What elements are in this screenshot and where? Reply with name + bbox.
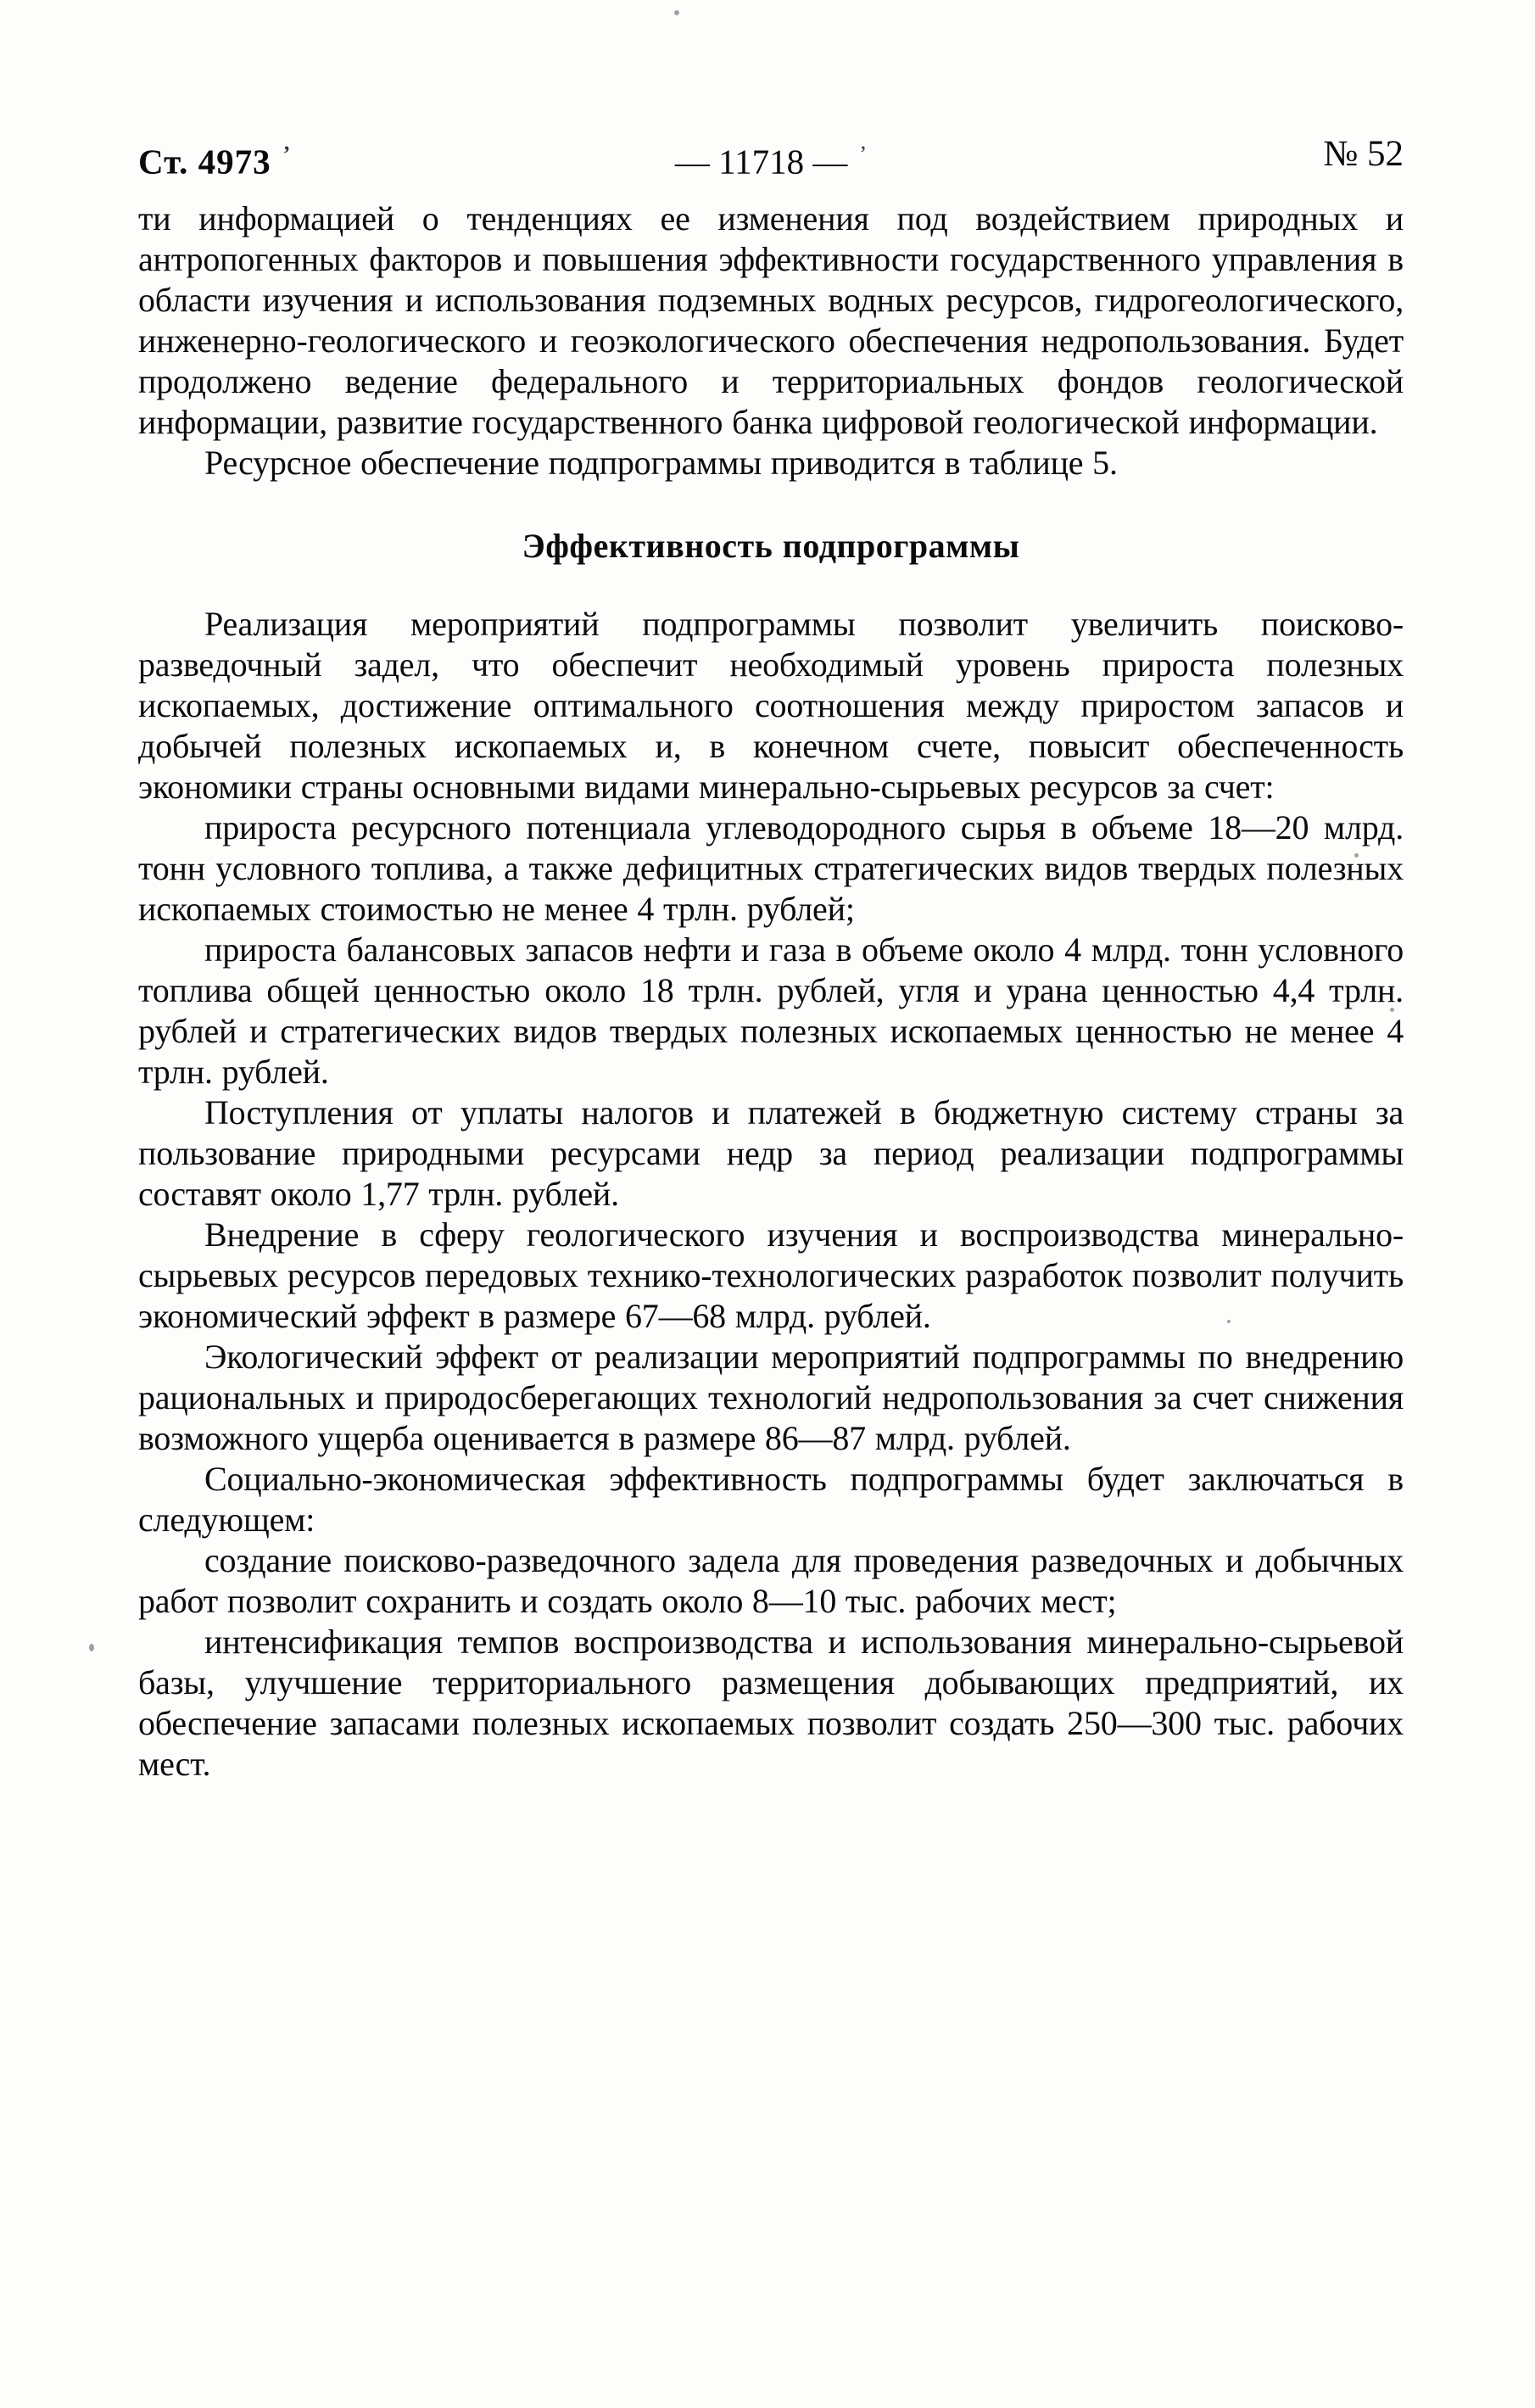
paragraph: Социально-экономическая эффективность по… [138,1459,1404,1540]
page-number-mark: ʼ [859,142,867,166]
paragraph: Реализация мероприятий подпрограммы позв… [138,604,1404,807]
scan-artifact [89,1644,94,1651]
paragraph: прироста ресурсного потенциала углеводор… [138,807,1404,930]
article-number-mark: ʼ [283,142,292,166]
paragraph: создание поисково-разведочного задела дл… [138,1540,1404,1622]
page-header: Ст. 4973ʼ — 11718 —ʼ № 52 [138,132,1404,176]
paragraph: прироста балансовых запасов нефти и газа… [138,930,1404,1092]
scanned-document-page: Ст. 4973ʼ — 11718 —ʼ № 52 ти информацией… [0,0,1535,2408]
scan-artifact [1390,1008,1394,1012]
scan-artifact [1354,853,1359,858]
scan-artifact [674,10,679,15]
paragraph: Поступления от уплаты налогов и платежей… [138,1092,1404,1215]
issue-number: № 52 [1323,132,1404,176]
paragraph: интенсификация темпов воспроизводства и … [138,1622,1404,1785]
paragraph-continuation: ти информацией о тенденциях ее изменения… [138,198,1404,443]
document-body: ти информацией о тенденциях ее изменения… [138,198,1404,1785]
section-heading: Эффективность подпрограммы [138,526,1404,567]
paragraph: Экологический эффект от реализации мероп… [138,1337,1404,1459]
page-number: — 11718 —ʼ [675,132,867,184]
paragraph: Ресурсное обеспечение подпрограммы приво… [138,443,1404,483]
article-number-text: Ст. 4973 [138,142,271,182]
scan-artifact [1227,1320,1231,1323]
article-number: Ст. 4973ʼ [138,132,291,184]
paragraph: Внедрение в сферу геологического изучени… [138,1215,1404,1337]
page-number-text: — 11718 — [675,142,847,182]
